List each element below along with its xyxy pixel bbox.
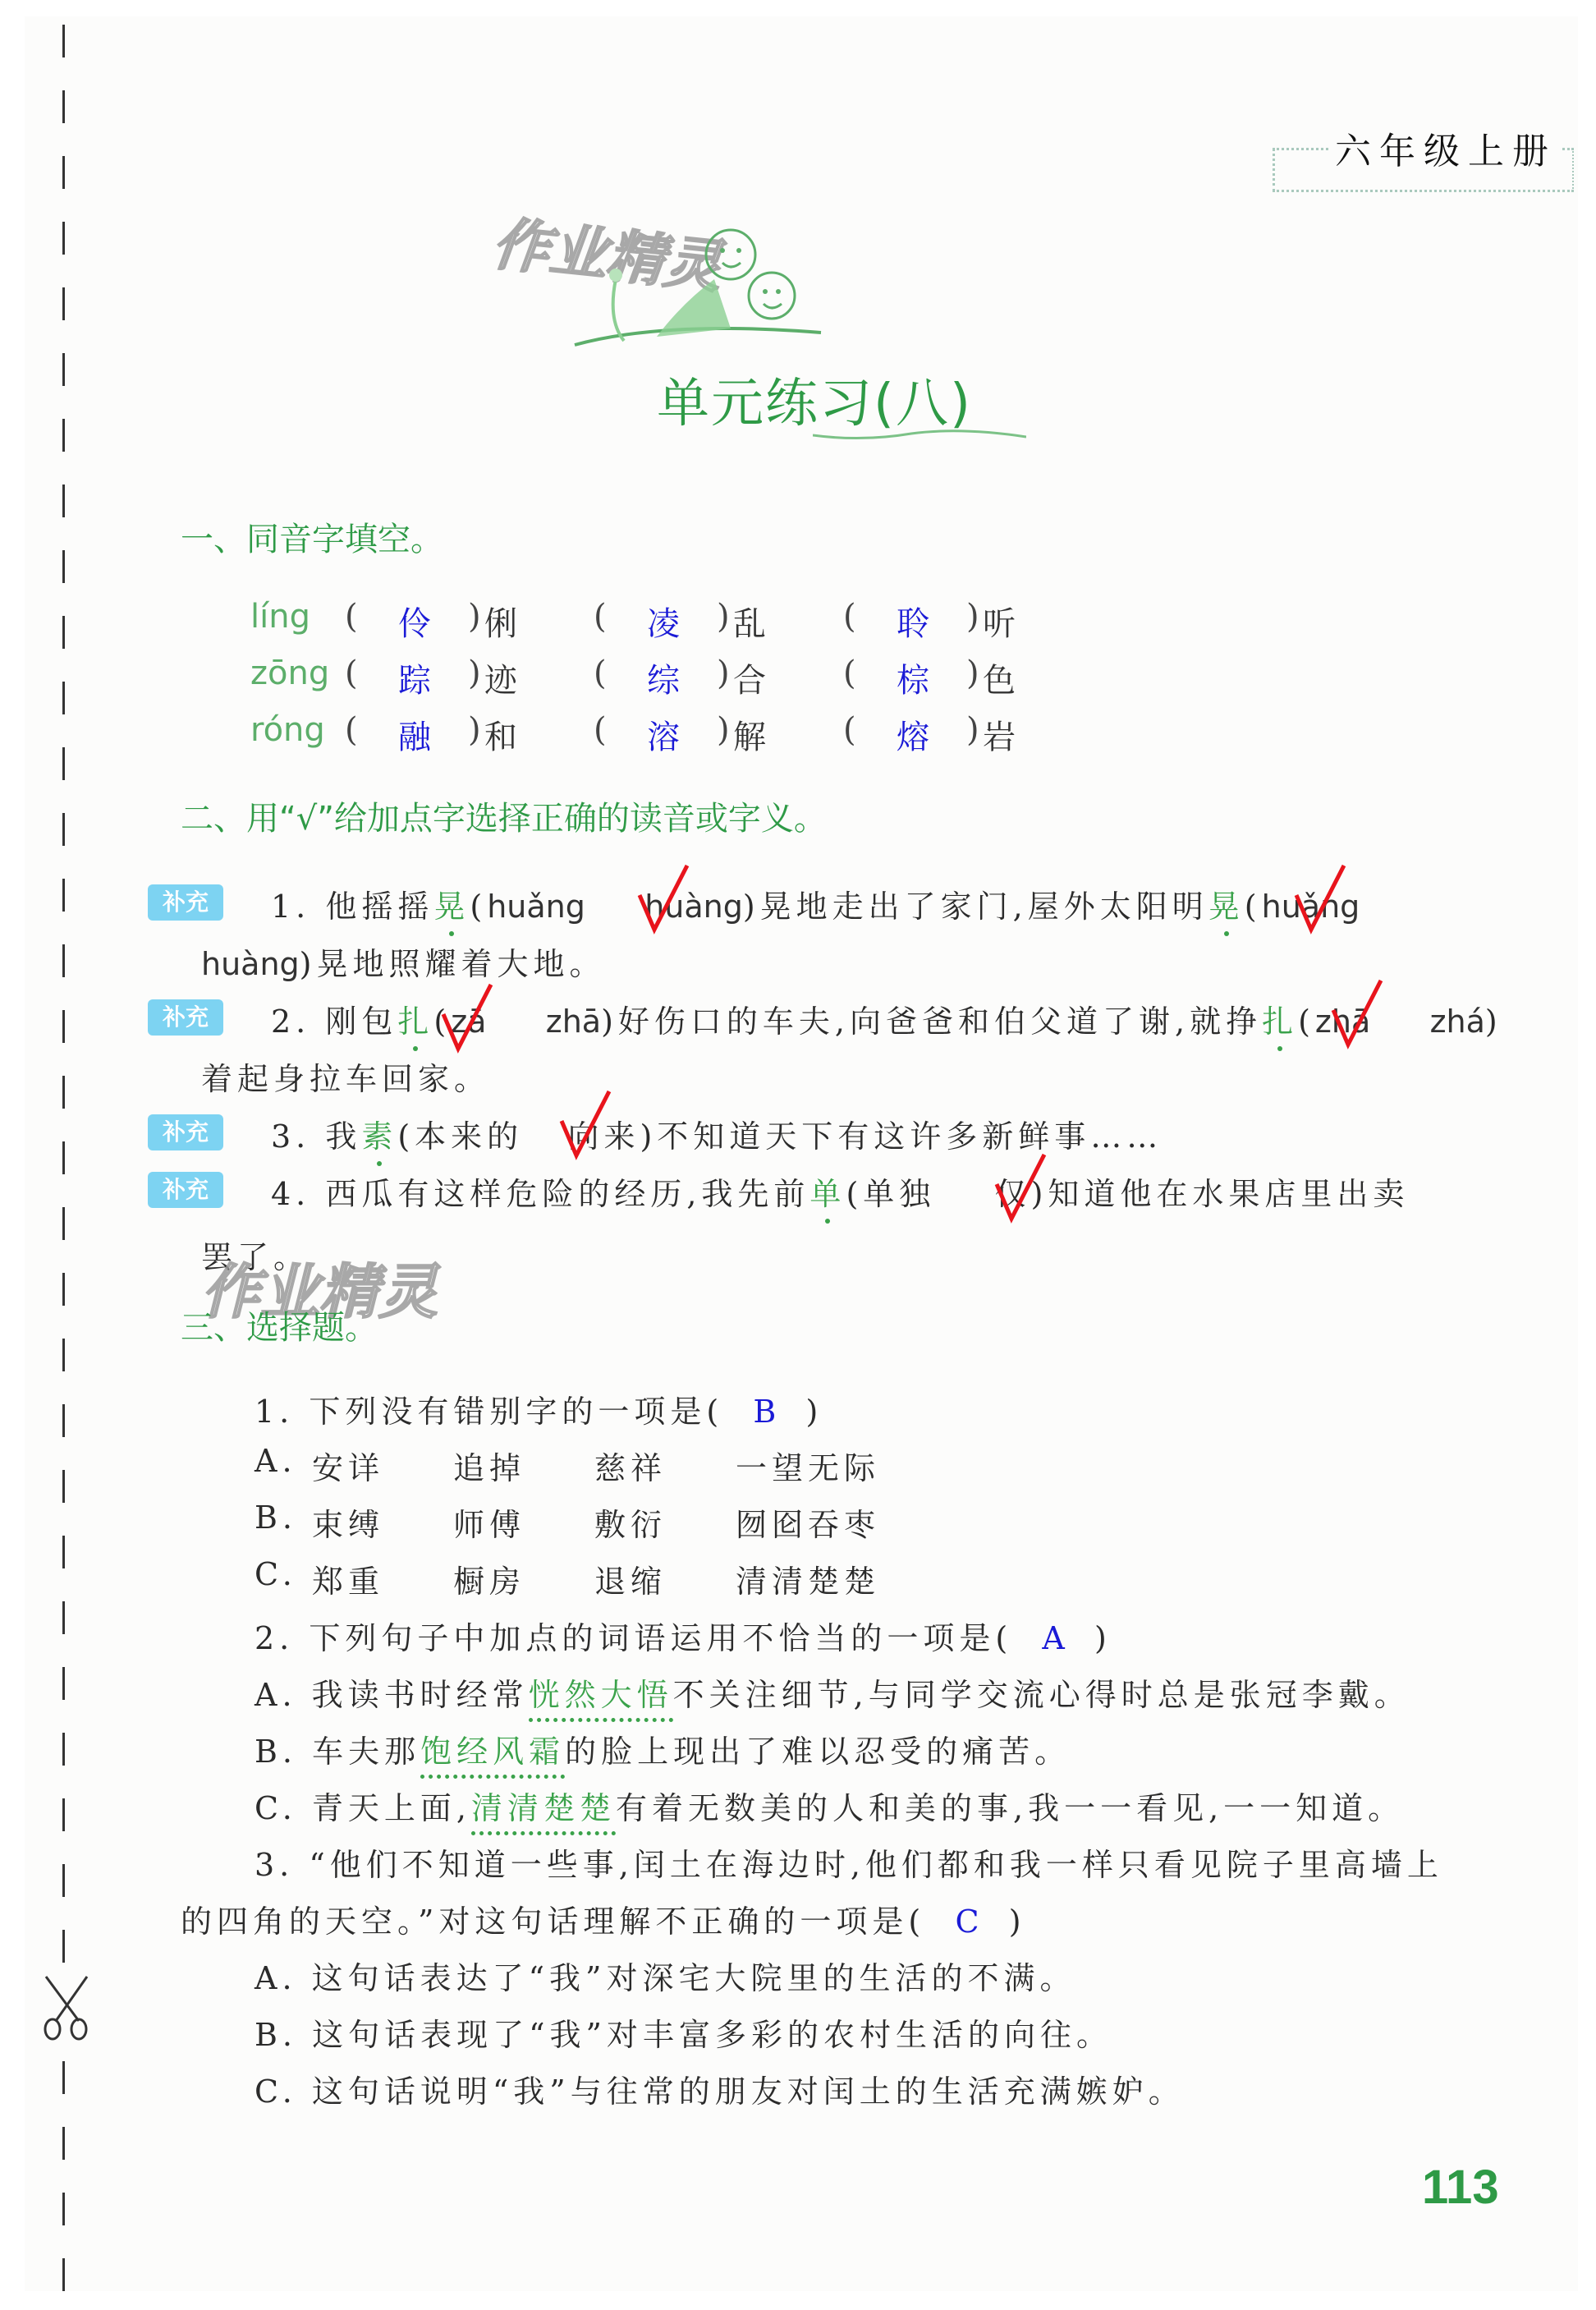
dotted-char: 晃 (433, 889, 470, 925)
check-mark-icon (1293, 862, 1351, 936)
suffix-char: 和 (484, 711, 517, 758)
pinyin: líng (250, 598, 310, 636)
suffix-char: 俐 (484, 598, 517, 645)
check-mark-icon (636, 862, 694, 936)
pinyin: zōng (250, 654, 329, 692)
dotted-char: 扎 (397, 1003, 433, 1040)
mascot-illustration (566, 197, 846, 361)
check-mark-icon (440, 981, 498, 1055)
dotted-char: 扎 (1262, 1003, 1298, 1040)
option-row: B. 束缚 师傅 敷衍 囫囵吞枣 (255, 1499, 297, 1536)
suffix-char: 合 (733, 654, 766, 701)
question-2-4-line-1: 4. 西瓜有这样危险的经历,我先前单(单独 仅)知道他在水果店里出卖 (271, 1169, 1409, 1214)
option-row: A. 安详 追掉 慈祥 一望无际 (255, 1443, 297, 1479)
dotted-phrase: 清清楚楚 (471, 1790, 616, 1835)
section-2-title: 二、用“√”给加点字选择正确的读音或字义。 (181, 792, 827, 839)
question-3-3-stem-1: 3. “他们不知道一些事,闰土在海边时,他们都和我一样只看见院子里高墙上 (255, 1839, 1443, 1885)
question-3-2-stem: 2. 下列句子中加点的词语运用不恰当的一项是( A ) (255, 1613, 1112, 1658)
section-1-title: 一、同音字填空。 (181, 513, 443, 560)
answer-letter: C (955, 1904, 979, 1940)
dotted-char: 晃 (1208, 889, 1245, 925)
question-3-3-stem-2: 的四角的天空。”对这句话理解不正确的一项是( C ) (181, 1896, 1026, 1941)
question-2-1-line-2: huàng)晃地照耀着大地。 (201, 939, 606, 984)
option-row: B. 这句话表现了“我”对丰富多彩的农村生活的向往。 (255, 2009, 1112, 2055)
suffix-char: 乱 (733, 598, 766, 645)
answer-char: 聆 (897, 598, 929, 645)
answer-char: 熔 (897, 711, 929, 758)
pinyin: róng (250, 711, 325, 749)
option-row: C. 青天上面,清清楚楚有着无数美的人和美的事,我一一看见,一一知道。 (255, 1783, 1404, 1828)
question-2-1-line-1: 1. 他摇摇晃(huǎng huàng)晃地走出了家门,屋外太阳明晃(huǎng (271, 881, 1360, 926)
dotted-char: 素 (361, 1118, 397, 1155)
answer-char: 融 (398, 711, 431, 758)
check-mark-icon (558, 1088, 616, 1162)
supplement-badge: 补充 (148, 1172, 223, 1208)
question-2-2-line-2: 着起身拉车回家。 (201, 1054, 490, 1099)
answer-char: 综 (647, 654, 680, 701)
suffix-char: 迹 (484, 654, 517, 701)
option-row: B. 车夫那饱经风霜的脸上现出了难以忍受的痛苦。 (255, 1726, 1071, 1771)
supplement-badge: 补充 (148, 884, 223, 921)
suffix-char: 岩 (983, 711, 1016, 758)
option-row: C. 这句话说明“我”与往常的朋友对闰土的生活充满嫉妒。 (255, 2066, 1185, 2111)
answer-char: 踪 (398, 654, 431, 701)
option-row: A. 这句话表达了“我”对深宅大院里的生活的不满。 (255, 1953, 1075, 1998)
grade-label: 六年级上册 (1330, 122, 1562, 174)
unit-title: 单元练习(八) (657, 361, 972, 437)
answer-letter: B (753, 1394, 776, 1430)
suffix-char: 色 (983, 654, 1016, 701)
question-2-3: 3. 我素(本来的 向来)不知道天下有这许多新鲜事…… (271, 1111, 1163, 1156)
dotted-char: 单 (809, 1176, 846, 1212)
option-row: C. 郑重 橱房 退缩 清清楚楚 (255, 1556, 297, 1592)
page-number: 113 (1422, 2160, 1499, 2215)
option-row: A. 我读书时经常恍然大悟不关注细节,与同学交流心得时总是张冠李戴。 (255, 1669, 1410, 1715)
supplement-badge: 补充 (148, 1114, 223, 1150)
dotted-phrase: 饱经风霜 (420, 1734, 565, 1779)
answer-letter: A (1042, 1620, 1064, 1656)
section-3-title: 三、选择题。 (181, 1302, 378, 1348)
title-underline (813, 427, 1026, 443)
suffix-char: 听 (983, 598, 1016, 645)
scissors-icon (36, 1975, 102, 2041)
dotted-phrase: 恍然大悟 (529, 1677, 673, 1722)
answer-char: 伶 (398, 598, 431, 645)
cut-line (62, 16, 66, 2291)
answer-char: 棕 (897, 654, 929, 701)
question-3-1-stem: 1. 下列没有错别字的一项是( B ) (255, 1386, 823, 1431)
check-mark-icon (1330, 977, 1387, 1051)
check-mark-icon (993, 1151, 1051, 1225)
supplement-badge: 补充 (148, 999, 223, 1036)
answer-char: 溶 (647, 711, 680, 758)
suffix-char: 解 (733, 711, 766, 758)
answer-char: 凌 (647, 598, 680, 645)
